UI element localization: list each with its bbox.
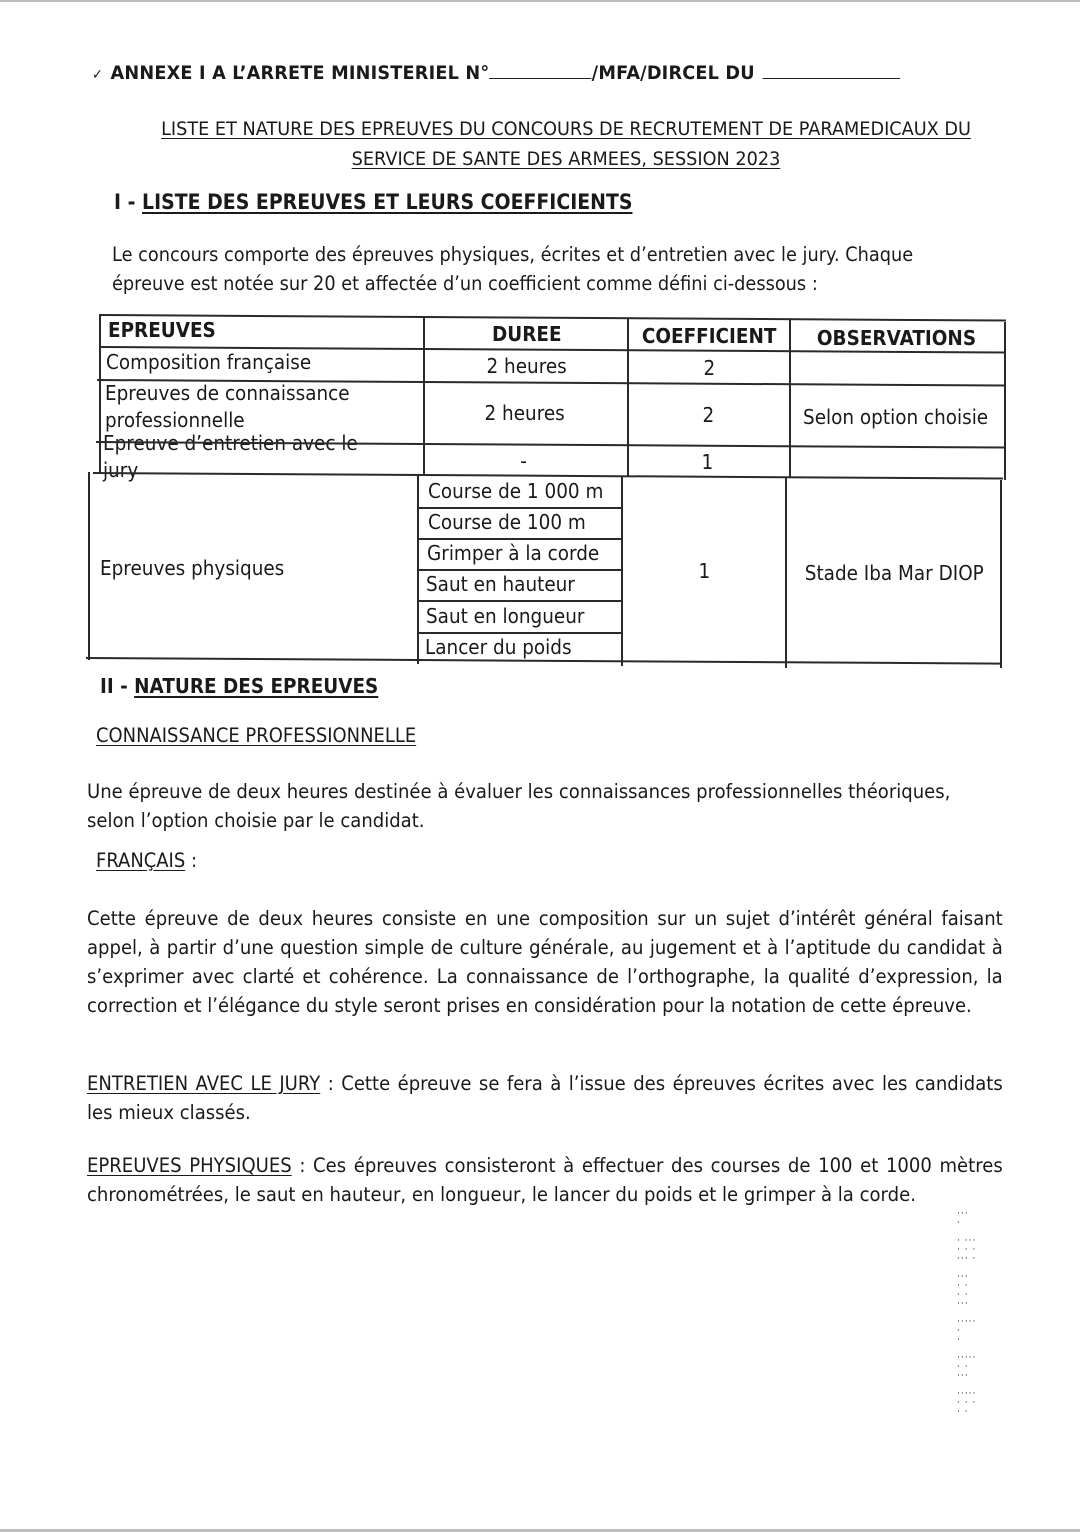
table-row-4-coefficient: 1 <box>622 478 786 664</box>
table-row-2-observations: Selon option choisie <box>789 387 1003 447</box>
table-rule <box>88 472 90 660</box>
arrete-number-blank <box>489 77 591 79</box>
table-row-3-epreuve: Epreuve d’entretien avec le jury <box>95 442 420 472</box>
page-edge-top <box>0 0 1080 2</box>
table-rule <box>417 474 419 664</box>
table-rule <box>1004 322 1006 480</box>
francais-heading: FRANÇAIS : <box>96 849 197 872</box>
table-row-2-coefficient: 2 <box>627 385 789 445</box>
section-2-number: II - <box>100 674 134 698</box>
section-2-heading: II - NATURE DES EPREUVES <box>100 674 378 698</box>
table-rule <box>99 314 101 474</box>
table-rule <box>418 569 622 571</box>
annex-middle: /MFA/DIRCEL DU <box>592 62 755 84</box>
check-mark-icon: ✓ <box>92 67 103 83</box>
table-rule <box>1000 480 1002 668</box>
table-rule <box>418 538 622 540</box>
intro-line-1: Le concours comporte des épreuves physiq… <box>112 240 967 269</box>
sub-event-3: Grimper à la corde <box>419 538 623 569</box>
physiques-label: EPREUVES PHYSIQUES <box>87 1154 292 1177</box>
annex-reference: ✓ANNEXE I A L’ARRETE MINISTERIEL N°/MFA/… <box>92 62 900 84</box>
table-rule <box>789 320 791 478</box>
entretien-label: ENTRETIEN AVEC LE JURY <box>87 1072 320 1095</box>
intro-line-2: épreuve est notée sur 20 et affectée d’u… <box>112 269 967 298</box>
section-1-heading: I - LISTE DES EPREUVES ET LEURS COEFFICI… <box>114 190 632 214</box>
perforation-stamp-icon: ····· ··· · · ···· · ···· ·· · ·········… <box>957 1210 976 1417</box>
table-header-observations: OBSERVATIONS <box>790 322 1002 354</box>
table-rule <box>621 476 623 666</box>
section-1-number: I - <box>114 190 142 214</box>
section-1-title: LISTE DES EPREUVES ET LEURS COEFFICIENTS <box>142 190 632 214</box>
connaissance-paragraph: Une épreuve de deux heures destinée à év… <box>87 777 1003 835</box>
title-line-1: LISTE ET NATURE DES EPREUVES DU CONCOURS… <box>142 114 990 144</box>
table-rule <box>423 316 425 474</box>
title-line-2: SERVICE DE SANTE DES ARMEES, SESSION 202… <box>142 144 990 174</box>
section-2-title: NATURE DES EPREUVES <box>134 674 378 698</box>
table-header-duree: DUREE <box>425 318 628 350</box>
table-rule <box>417 632 621 634</box>
sub-event-4: Saut en hauteur <box>418 569 622 600</box>
table-row-1-coefficient: 2 <box>628 352 790 384</box>
table-rule <box>417 600 621 602</box>
table-header-coefficient: COEFFICIENT <box>628 320 790 352</box>
table-row-1-epreuve: Composition française <box>98 346 423 378</box>
sub-event-2: Course de 100 m <box>420 507 624 538</box>
date-blank <box>762 77 900 79</box>
section-1-intro: Le concours comporte des épreuves physiq… <box>112 240 967 298</box>
table-row-2-duree: 2 heures <box>423 383 627 443</box>
table-row-3-coefficient: 1 <box>626 447 788 477</box>
table-row-3-duree: - <box>421 446 626 476</box>
physiques-paragraph: EPREUVES PHYSIQUES : Ces épreuves consis… <box>87 1151 1003 1209</box>
table-rule <box>785 478 787 668</box>
connaissance-heading: CONNAISSANCE PROFESSIONNELLE <box>96 724 416 747</box>
table-row-1-duree: 2 heures <box>425 350 628 382</box>
table-row-4-epreuve: Epreuves physiques <box>92 474 416 662</box>
annex-prefix: ANNEXE I A L’ARRETE MINISTERIEL N° <box>111 62 490 84</box>
table-rule <box>419 507 623 509</box>
entretien-paragraph: ENTRETIEN AVEC LE JURY : Cette épreuve s… <box>87 1069 1003 1127</box>
francais-paragraph: Cette épreuve de deux heures consiste en… <box>87 904 1003 1020</box>
document-title: LISTE ET NATURE DES EPREUVES DU CONCOURS… <box>142 114 990 174</box>
table-header-epreuves: EPREUVES <box>100 314 425 346</box>
table-row-4-observations: Stade Iba Mar DIOP <box>786 480 1002 666</box>
sub-event-1: Course de 1 000 m <box>420 476 624 507</box>
table-rule <box>627 318 629 476</box>
sub-event-5: Saut en longueur <box>418 601 622 632</box>
